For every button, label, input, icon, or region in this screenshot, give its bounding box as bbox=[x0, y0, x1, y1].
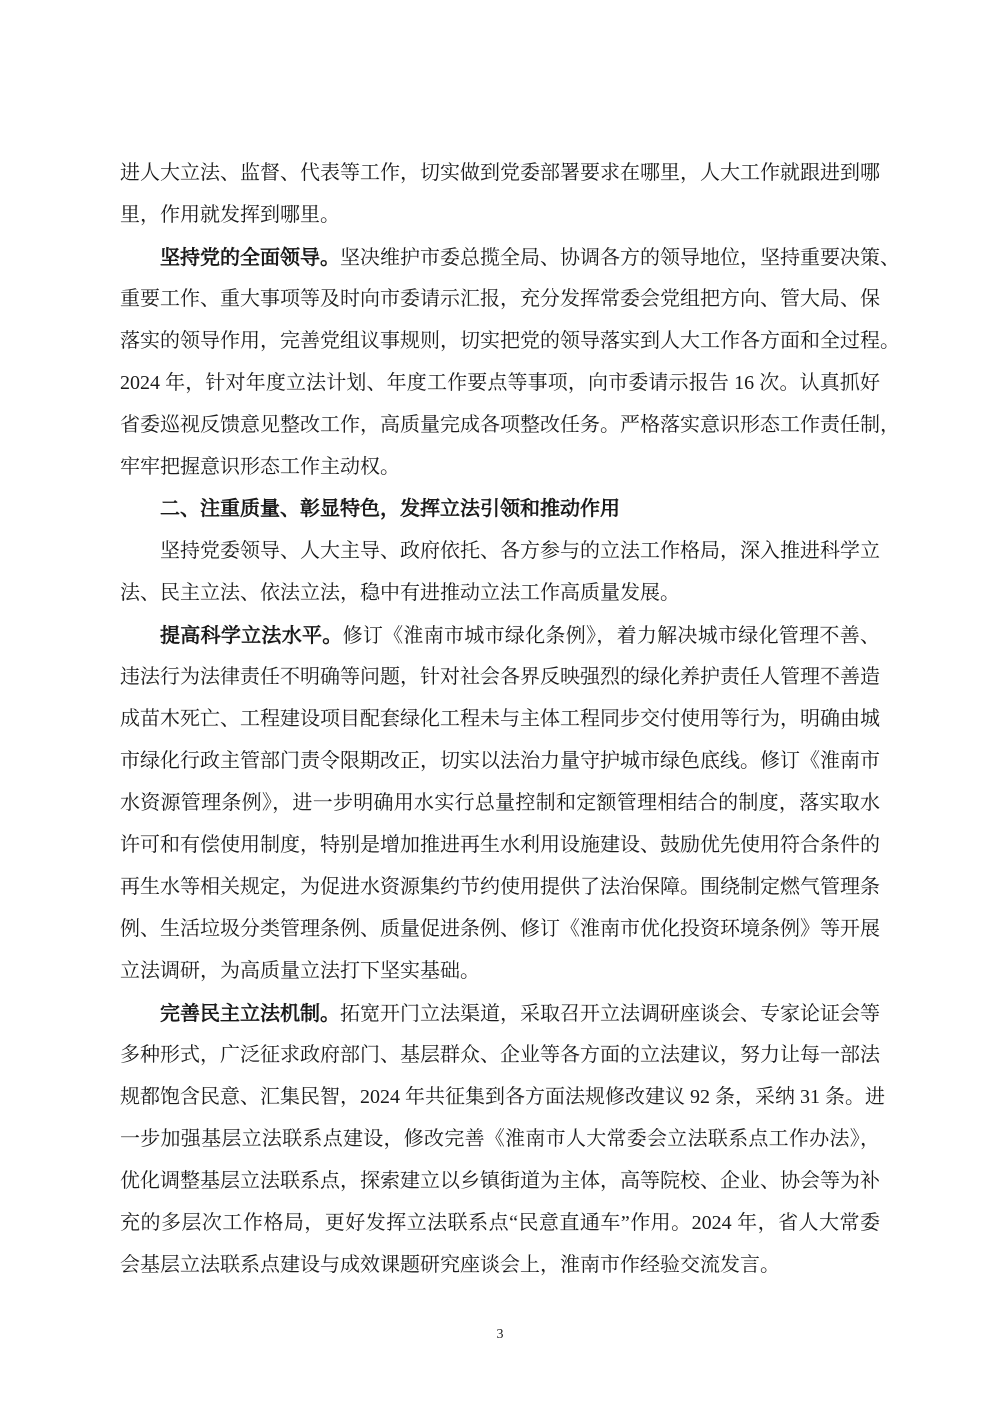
text-line: 多种形式，广泛征求政府部门、基层群众、企业等各方面的立法建议，努力让每一部法 bbox=[120, 1034, 880, 1076]
text-line: 落实的领导作用，完善党组议事规则，切实把党的领导落实到人大工作各方面和全过程。 bbox=[120, 320, 880, 362]
page-number: 3 bbox=[0, 1327, 1000, 1343]
text-line: 违法行为法律责任不明确等问题，针对社会各界反映强烈的绿化养护责任人管理不善造 bbox=[120, 656, 880, 698]
text-segment: 修订《淮南市城市绿化条例》，着力解决城市绿化管理不善、 bbox=[343, 625, 880, 647]
document-page: 进人大立法、监督、代表等工作，切实做到党委部署要求在哪里，人大工作就跟进到哪 里… bbox=[120, 152, 880, 1286]
text-line: 成苗木死亡、工程建设项目配套绿化工程未与主体工程同步交付使用等行为，明确由城 bbox=[120, 698, 880, 740]
paragraph-legislative-pattern: 坚持党委领导、人大主导、政府依托、各方参与的立法工作格局，深入推进科学立 法、民… bbox=[120, 530, 880, 614]
text-line: 一步加强基层立法联系点建设，修改完善《淮南市人大常委会立法联系点工作办法》， bbox=[120, 1118, 880, 1160]
text-line: 里，作用就发挥到哪里。 bbox=[120, 194, 880, 236]
text-line: 完善民主立法机制。拓宽开门立法渠道，采取召开立法调研座谈会、专家论证会等 bbox=[120, 992, 880, 1034]
text-line: 法、民主立法、依法立法，稳中有进推动立法工作高质量发展。 bbox=[120, 572, 880, 614]
text-line: 省委巡视反馈意见整改工作，高质量完成各项整改任务。严格落实意识形态工作责任制， bbox=[120, 404, 880, 446]
text-line: 立法调研，为高质量立法打下坚实基础。 bbox=[120, 950, 880, 992]
text-line: 许可和有偿使用制度，特别是增加推进再生水利用设施建设、鼓励优先使用符合条件的 bbox=[120, 824, 880, 866]
paragraph-democratic-legislation: 完善民主立法机制。拓宽开门立法渠道，采取召开立法调研座谈会、专家论证会等 多种形… bbox=[120, 992, 880, 1286]
text-line: 提高科学立法水平。修订《淮南市城市绿化条例》，着力解决城市绿化管理不善、 bbox=[120, 614, 880, 656]
text-line: 重要工作、重大事项等及时向市委请示汇报，充分发挥常委会党组把方向、管大局、保 bbox=[120, 278, 880, 320]
text-segment: 拓宽开门立法渠道，采取召开立法调研座谈会、专家论证会等 bbox=[340, 1003, 880, 1025]
text-line: 坚持党的全面领导。坚决维护市委总揽全局、协调各方的领导地位，坚持重要决策、 bbox=[120, 236, 880, 278]
text-line: 充的多层次工作格局，更好发挥立法联系点“民意直通车”作用。2024 年，省人大常… bbox=[120, 1202, 880, 1244]
paragraph-lead: 提高科学立法水平。 bbox=[160, 623, 343, 647]
text-line: 进人大立法、监督、代表等工作，切实做到党委部署要求在哪里，人大工作就跟进到哪 bbox=[120, 152, 880, 194]
text-line: 规都饱含民意、汇集民智，2024 年共征集到各方面法规修改建议 92 条，采纳 … bbox=[120, 1076, 880, 1118]
text-line: 坚持党委领导、人大主导、政府依托、各方参与的立法工作格局，深入推进科学立 bbox=[120, 530, 880, 572]
paragraph-lead: 坚持党的全面领导。 bbox=[160, 245, 340, 269]
paragraph-party-leadership: 坚持党的全面领导。坚决维护市委总揽全局、协调各方的领导地位，坚持重要决策、 重要… bbox=[120, 236, 880, 488]
section-heading: 二、注重质量、彰显特色，发挥立法引领和推动作用 bbox=[120, 488, 880, 530]
text-line: 牢牢把握意识形态工作主动权。 bbox=[120, 446, 880, 488]
text-line: 水资源管理条例》，进一步明确用水实行总量控制和定额管理相结合的制度，落实取水 bbox=[120, 782, 880, 824]
text-line: 2024 年，针对年度立法计划、年度工作要点等事项，向市委请示报告 16 次。认… bbox=[120, 362, 880, 404]
text-line: 会基层立法联系点建设与成效课题研究座谈会上，淮南市作经验交流发言。 bbox=[120, 1244, 880, 1286]
text-line: 例、生活垃圾分类管理条例、质量促进条例、修订《淮南市优化投资环境条例》等开展 bbox=[120, 908, 880, 950]
paragraph-continuation: 进人大立法、监督、代表等工作，切实做到党委部署要求在哪里，人大工作就跟进到哪 里… bbox=[120, 152, 880, 236]
text-segment: 坚决维护市委总揽全局、协调各方的领导地位，坚持重要决策、 bbox=[340, 247, 900, 269]
paragraph-scientific-legislation: 提高科学立法水平。修订《淮南市城市绿化条例》，着力解决城市绿化管理不善、 违法行… bbox=[120, 614, 880, 992]
text-line: 再生水等相关规定，为促进水资源集约节约使用提供了法治保障。围绕制定燃气管理条 bbox=[120, 866, 880, 908]
paragraph-lead: 完善民主立法机制。 bbox=[160, 1001, 340, 1025]
text-line: 优化调整基层立法联系点，探索建立以乡镇街道为主体，高等院校、企业、协会等为补 bbox=[120, 1160, 880, 1202]
text-line: 市绿化行政主管部门责令限期改正，切实以法治力量守护城市绿色底线。修订《淮南市 bbox=[120, 740, 880, 782]
